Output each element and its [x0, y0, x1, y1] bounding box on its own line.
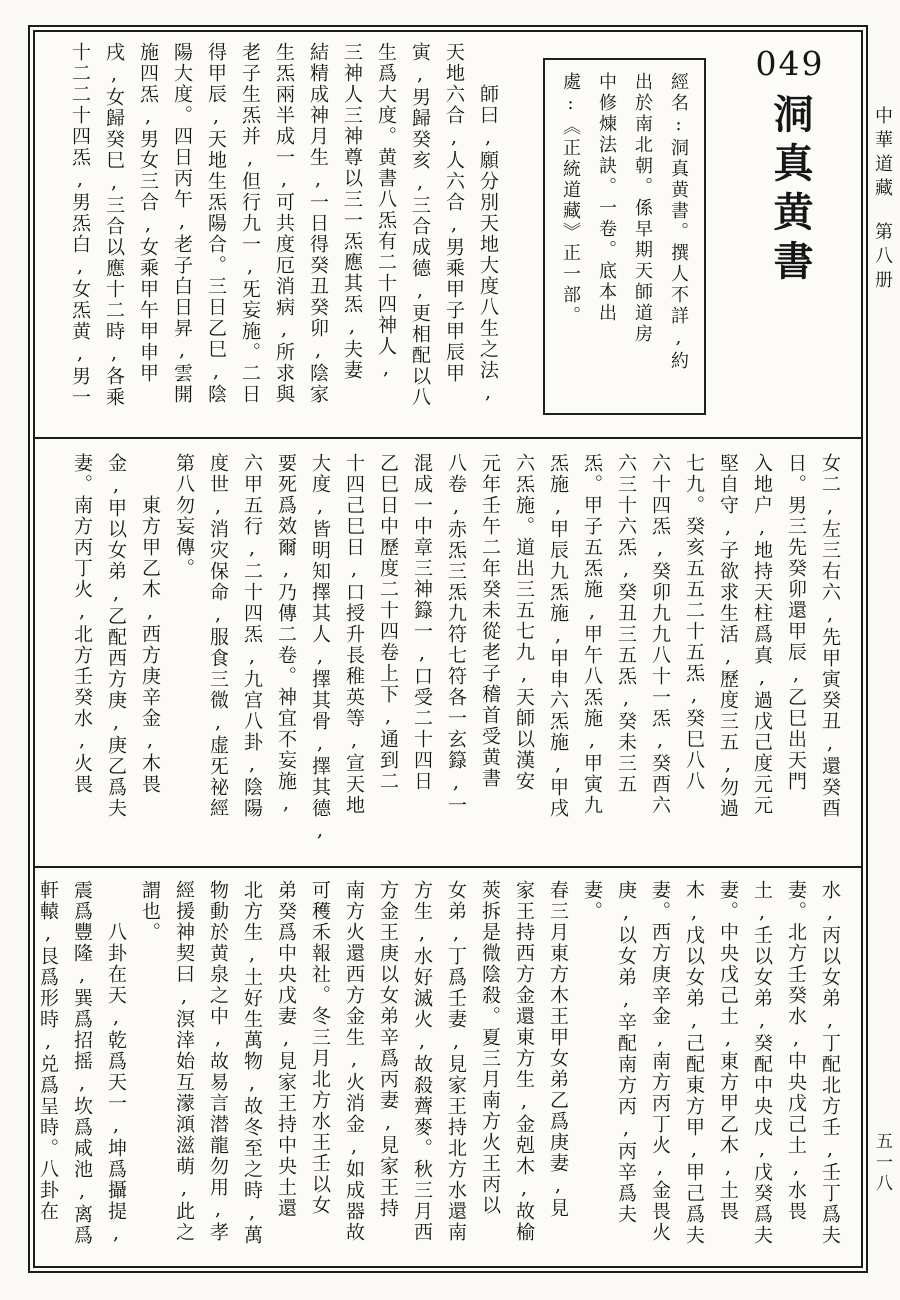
title-block: 049 洞真黄書	[747, 44, 833, 432]
book-title: 洞真黄書	[768, 93, 812, 289]
page-number-label: 五一八	[870, 1132, 894, 1195]
register-bottom: 水,丙以女弟,丁配北方壬,壬丁爲夫 妻。北方壬癸水,中央戊己土,水畏 土,壬以女…	[35, 868, 861, 1264]
page-frame: 049 洞真黄書 經名:洞真黄書。撰人不詳,約 出於南北朝。係早期天師道房 中修…	[28, 25, 868, 1273]
abstract-text: 經名:洞真黄書。撰人不詳,約 出於南北朝。係早期天師道房 中修煉法訣。一卷。底本…	[553, 72, 696, 401]
abstract-box: 經名:洞真黄書。撰人不詳,約 出於南北朝。係早期天師道房 中修煉法訣。一卷。底本…	[543, 58, 706, 415]
register-top: 049 洞真黄書 經名:洞真黄書。撰人不詳,約 出於南北朝。係早期天師道房 中修…	[35, 32, 861, 437]
register-bottom-text: 水,丙以女弟,丁配北方壬,壬丁爲夫 妻。北方壬癸水,中央戊己土,水畏 土,壬以女…	[39, 880, 847, 1262]
scanned-book-page: 049 洞真黄書 經名:洞真黄書。撰人不詳,約 出於南北朝。係早期天師道房 中修…	[0, 0, 900, 1300]
register-middle: 女二,左三右六,先甲寅癸丑,還癸酉 日。男三先癸卯還甲辰,乙巳出天門 入地户,地…	[35, 439, 861, 866]
text-number-label: 049	[756, 44, 825, 83]
page-frame-inner: 049 洞真黄書 經名:洞真黄書。撰人不詳,約 出於南北朝。係早期天師道房 中修…	[33, 30, 863, 1268]
register-top-text: 師曰,願分別天地大度八生之法, 天地六合,人六合,男乘甲子甲辰甲 寅,男歸癸亥,…	[35, 42, 505, 434]
series-label: 中華道藏	[869, 106, 895, 202]
register-middle-text: 女二,左三右六,先甲寅癸丑,還癸酉 日。男三先癸卯還甲辰,乙巳出天門 入地户,地…	[39, 453, 847, 861]
volume-label: 第八册	[869, 222, 895, 294]
